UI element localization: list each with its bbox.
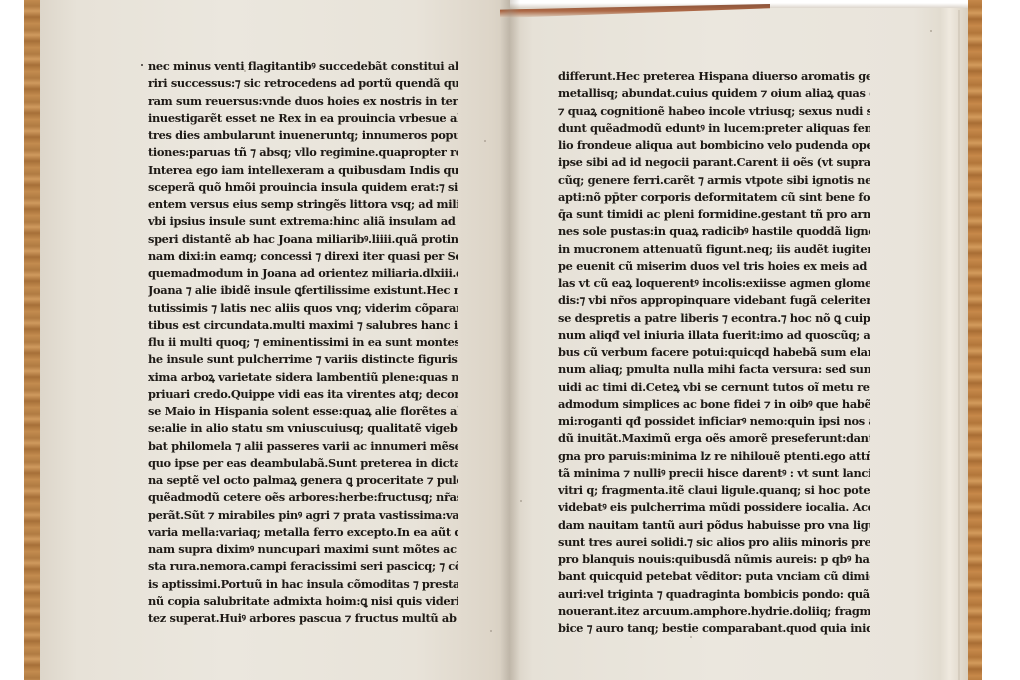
text-line: is aptissimi.Portuũ in hac insula cõmodi… [148,576,458,593]
text-line: in mucronem attenuatũ figunt.neq; iis au… [558,241,870,258]
margin-mark [141,64,143,66]
text-line: bus cũ verbum facere potui:quicqd habebã… [558,344,870,361]
text-line: quẽadmodũ cetere oẽs arbores:herbe:fruct… [148,489,458,506]
text-line: na septẽ vel octo palmaꝝ genera ꝗ procer… [148,472,458,489]
text-line: quo ipse per eas deambulabã.Sunt pretere… [148,455,458,472]
text-line: dam nauitam tantũ auri põdus habuisse pr… [558,517,870,534]
text-line: uidi ac timi di.Ceteꝝ vbi se cernunt tut… [558,379,870,396]
paper-speck [484,140,486,142]
text-line: entem versus eius semp stringẽs littora … [148,196,458,213]
text-line: cũq; genere ferri.carẽt ⁊ armis vtpote s… [558,172,870,189]
text-line: perãt.Sũt ⁊ mirabiles pinꝰ agri ⁊ prata … [148,507,458,524]
text-line: nam dixi:in eamq; concessi ⁊ direxi iter… [148,248,458,265]
text-line: inuestigarẽt esset ne Rex in ea prouinci… [148,110,458,127]
text-line: pro blanquis nouis:quibusdã nũmis aureis… [558,551,870,568]
text-line: nũ copia salubritate admixta hoim:ꝗ nisi… [148,593,458,610]
text-line: num aliqđ vel iniuria illata fuerit:imo … [558,327,870,344]
text-line: tibus est circundata.multi maximi ⁊ salu… [148,317,458,334]
left-page-text: nec minus venti flagitantibꝰ succedebãt … [148,58,458,627]
text-line: apti:nõ pp̄ter corporis deformitatem cũ … [558,189,870,206]
text-line: num aliaq; pmulta nulla mihi facta versu… [558,361,870,378]
left-binding-edge [24,0,40,680]
text-line: Interea ego iam intellexeram a quibusdam… [148,162,458,179]
text-line: ipse sibi ad id negocii parant.Carent ii… [558,154,870,171]
paper-speck [930,30,932,32]
text-line: metallisq; abundat.cuius quidem ⁊ oium a… [558,85,870,102]
book-photograph: nec minus venti flagitantibꝰ succedebãt … [0,0,1020,680]
text-line: las vt cũ eaꝝ loquerentꝰ incolis:exiisse… [558,275,870,292]
text-line: dis:⁊ vbi nr̃os appropinquare videbant f… [558,292,870,309]
text-line: admodum simplices ac bone fidei ⁊ in oib… [558,396,870,413]
text-line: nec minus venti flagitantibꝰ succedebãt … [148,58,458,75]
text-line: differunt.Hec preterea Hispana diuerso a… [558,68,870,85]
text-line: tez superat.Huiꝰ arbores pascua ⁊ fructu… [148,610,458,627]
text-line: pe euenit cũ miserim duos vel tris hoies… [558,258,870,275]
text-line: varia mella:variaq; metalla ferro except… [148,524,458,541]
text-line: priuari credo.Quippe vidi eas ita virent… [148,386,458,403]
book-gutter [500,0,520,680]
text-line: q̄a sunt timidi ac pleni formidine.gesta… [558,206,870,223]
text-line: tres dies ambularunt inueneruntq; innume… [148,127,458,144]
text-line: sunt tres aurei solidi.⁊ sic alios pro a… [558,534,870,551]
text-line: bant quicquid petebat vẽditor: puta vnci… [558,568,870,585]
text-line: sta rura.nemora.campi feracissimi seri p… [148,558,458,575]
text-line: nam supra diximꝰ nuncupari maximi sunt m… [148,541,458,558]
text-line: videbatꝰ eis pulcherrima mũdi possidere … [558,499,870,516]
text-line: mi:roganti qđ possidet inficiarꝰ nemo:qu… [558,413,870,430]
text-line: Joana ⁊ alie ibidẽ insule ꝗfertilissime … [148,282,458,299]
text-line: gna pro paruis:minima lz re nihilouẽ pte… [558,448,870,465]
text-line: bice ⁊ auro tanq; bestie comparabant.quo… [558,620,870,637]
right-page-edge-line [958,10,960,680]
text-line: bat philomela ⁊ alii passeres varii ac i… [148,438,458,455]
text-line: he insule sunt pulcherrime ⁊ variis dist… [148,351,458,368]
text-line: vbi ipsius insule sunt extrema:hinc aliã… [148,213,458,230]
paper-speck [490,630,492,632]
text-line: nouerant.itez arcuum.amphore.hydrie.doli… [558,603,870,620]
text-line: ⁊ quaꝝ cognitionẽ habeo incole vtriusq; … [558,103,870,120]
text-line: speri distantẽ ab hac Joana miliaribꝰ.li… [148,231,458,248]
text-line: lio frondeue aliqua aut bombicino velo p… [558,137,870,154]
right-binding-edge [968,0,982,680]
text-line: se despretis a patre liberis ⁊ econtra.⁊… [558,310,870,327]
text-line: riri successus:⁊ sic retrocedens ad port… [148,75,458,92]
text-line: dunt quẽadmodũ eduntꝰ in lucem:preter al… [558,120,870,137]
text-line: se:alie in alio statu sm vniuscuiusq; qu… [148,420,458,437]
text-line: nes sole pustas:in quaꝝ radicibꝰ hastile… [558,223,870,240]
text-line: sceperã quõ hmõi prouincia insula quidem… [148,179,458,196]
text-line: quemadmodum in Joana ad orientez miliari… [148,265,458,282]
text-line: auri:vel triginta ⁊ quadraginta bombicis… [558,586,870,603]
text-line: tã minima ⁊ nulliꝰ precii hisce darentꝰ … [558,465,870,482]
text-line: se Maio in Hispania solent esse:quaꝝ ali… [148,403,458,420]
text-line: tiones:paruas tñ ⁊ absq; vllo regimine.q… [148,144,458,161]
paper-speck [520,500,522,502]
text-line: dũ inuitãt.Maximũ erga oẽs amorẽ presefe… [558,430,870,447]
text-line: tutissimis ⁊ latis nec aliis quos vnq; v… [148,300,458,317]
right-page-text: differunt.Hec preterea Hispana diuerso a… [558,68,870,637]
text-line: xima arboꝝ varietate sidera lambentiũ pl… [148,369,458,386]
text-line: vitri q; fragmenta.itẽ claui ligule.quan… [558,482,870,499]
text-line: flu ii multi quoq; ⁊ eminentissimi in ea… [148,334,458,351]
text-line: ram sum reuersus:vnde duos hoies ex nost… [148,93,458,110]
